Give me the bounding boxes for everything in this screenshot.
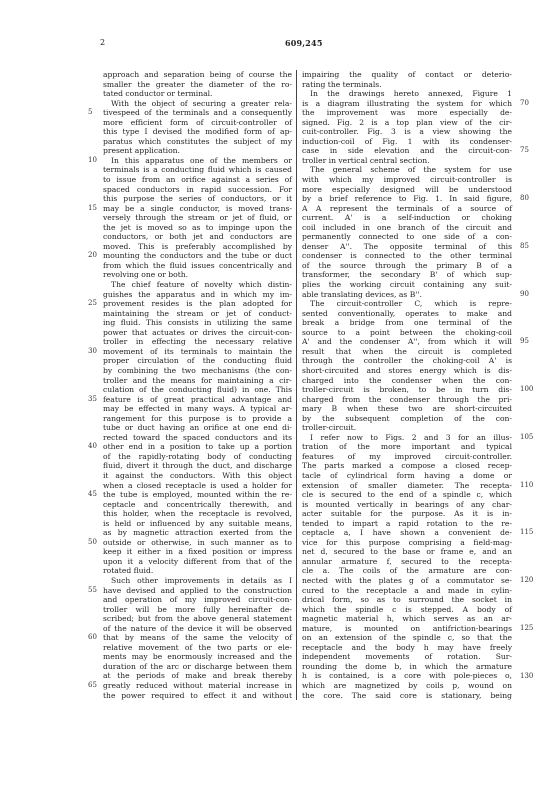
- text-line: the improvement was more especially de-: [302, 108, 512, 118]
- text-line: terminals is a conducting fluid which is…: [103, 165, 292, 175]
- patent-number: 609,245: [285, 38, 323, 48]
- text-line: ceptacle a, I have shown a convenient de…: [302, 528, 512, 538]
- text-line: by combining the two mechanisms (the con…: [103, 366, 292, 376]
- line-number: 20: [88, 251, 97, 259]
- text-line: features of my improved circuit-controll…: [302, 452, 512, 462]
- line-number: 65: [88, 681, 97, 689]
- line-number: 50: [88, 538, 97, 546]
- text-line: rangement for this purpose is to provide…: [103, 414, 292, 424]
- text-line: With the object of securing a greater re…: [103, 99, 292, 109]
- text-line: fluid, divert it through the duct, and d…: [103, 461, 292, 471]
- text-line: transformer, the secondary B' of which s…: [302, 270, 512, 280]
- text-line: vice for this purpose comprising a field…: [302, 538, 512, 548]
- column-divider: [296, 70, 297, 700]
- text-line: is held or influenced by any suitable me…: [103, 519, 292, 529]
- text-line: current. A' is a self-induction or choki…: [302, 213, 512, 223]
- text-line: troller in vertical central section.: [302, 156, 512, 166]
- text-line: to issue from an orifice against a serie…: [103, 175, 292, 185]
- text-line: the tube is employed, mounted within the…: [103, 490, 292, 500]
- text-line: scribed; but from the above general stat…: [103, 614, 292, 624]
- text-line: short-circuited and stores energy which …: [302, 366, 512, 376]
- text-line: denser A''. The opposite terminal of thi…: [302, 242, 512, 252]
- text-line: paratus which constitutes the subject of…: [103, 137, 292, 147]
- text-line: it against the conductors. With this obj…: [103, 471, 292, 481]
- text-line: cured to the receptacle a and made in cy…: [302, 586, 512, 596]
- text-line: by a brief reference to Fig. 1. In said …: [302, 194, 512, 204]
- line-number: 35: [88, 395, 97, 403]
- text-line: outside or otherwise, in such manner as …: [103, 538, 292, 548]
- line-number: 15: [88, 204, 97, 212]
- line-number: 60: [88, 633, 97, 641]
- text-line: duration of the arc or discharge between…: [103, 662, 292, 672]
- text-line: that by means of the same the velocity o…: [103, 633, 292, 643]
- text-line: cle is secured to the end of a spindle c…: [302, 490, 512, 500]
- text-line: when a closed receptacle is used a holde…: [103, 481, 292, 491]
- line-number: 40: [88, 442, 97, 450]
- text-line: troller-circuit is broken, to be in turn…: [302, 385, 512, 395]
- line-number: 130: [520, 672, 533, 680]
- text-line: with which my improved circuit-controlle…: [302, 175, 512, 185]
- text-line: of the source through the primary B of a: [302, 261, 512, 271]
- text-line: drical form, so as to surround the socke…: [302, 595, 512, 605]
- text-line: troller and the means for maintaining a …: [103, 376, 292, 386]
- text-line: may be effected in many ways. A typical …: [103, 404, 292, 414]
- line-number: 115: [520, 528, 533, 536]
- text-line: as by magnetic attraction exerted from t…: [103, 528, 292, 538]
- text-line: rected toward the spaced conductors and …: [103, 433, 292, 443]
- text-line: is mounted vertically in bearings of any…: [302, 500, 512, 510]
- text-line: ments may be enormously increased and th…: [103, 652, 292, 662]
- text-line: have devised and applied to the construc…: [103, 586, 292, 596]
- text-line: charged from the condenser through the p…: [302, 395, 512, 405]
- text-line: tube or duct having an orifice at one en…: [103, 423, 292, 433]
- line-number: 45: [88, 490, 97, 498]
- line-number: 10: [88, 156, 97, 164]
- text-line: revolving one or both.: [103, 270, 292, 280]
- line-number: 30: [88, 347, 97, 355]
- text-line: from which the fluid issues concentrical…: [103, 261, 292, 271]
- line-number: 110: [520, 481, 533, 489]
- text-line: keep it either in a fixed position or im…: [103, 547, 292, 557]
- text-line: tacle of cylindrical form having a dome …: [302, 471, 512, 481]
- text-line: mounting the conductors and the tube or …: [103, 251, 292, 261]
- text-line: may be a single conductor, is moved tran…: [103, 204, 292, 214]
- text-line: present application.: [103, 146, 292, 156]
- text-line: receptacle and the body h may have freel…: [302, 643, 512, 653]
- text-line: provement resides is the plan adopted fo…: [103, 299, 292, 309]
- text-line: more efficient form of circuit-controlle…: [103, 118, 292, 128]
- text-line: maintaining the stream or jet of conduct…: [103, 309, 292, 319]
- text-line: tivespeed of the terminals and a consequ…: [103, 108, 292, 118]
- text-line: The parts marked a compose a closed rece…: [302, 461, 512, 471]
- text-line: Such other improvements in details as I: [103, 576, 292, 586]
- text-line: the core. The said core is stationary, b…: [302, 691, 512, 701]
- line-number: 105: [520, 433, 533, 441]
- text-line: magnetic material h, which serves as an …: [302, 614, 512, 624]
- text-line: source to a point between the choking-co…: [302, 328, 512, 338]
- text-line: sented conventionally, operates to make …: [302, 309, 512, 319]
- text-line: independent movements of rotation. Sur-: [302, 652, 512, 662]
- text-line: of the nature of the device it will be o…: [103, 624, 292, 634]
- text-line: moved. This is preferably accomplished b…: [103, 242, 292, 252]
- text-line: more especially designed will be underst…: [302, 185, 512, 195]
- text-line: condenser is connected to the other term…: [302, 251, 512, 261]
- text-line: relative movement of the two parts or el…: [103, 643, 292, 653]
- text-line: of the rapidly-rotating body of conducti…: [103, 452, 292, 462]
- text-line: through the controller the choking-coil …: [302, 356, 512, 366]
- text-line: spaced conductors in rapid succession. F…: [103, 185, 292, 195]
- text-line: versely through the stream or jet of flu…: [103, 213, 292, 223]
- page-number: 2: [100, 38, 105, 47]
- text-line: cuit-controller. Fig. 3 is a view showin…: [302, 127, 512, 137]
- text-line: tration of the more important and typica…: [302, 442, 512, 452]
- text-line: smaller the greater the diameter of the …: [103, 80, 292, 90]
- text-line: mary B when these two are short-circuite…: [302, 404, 512, 414]
- text-line: ceptacle and concentrically therewith, a…: [103, 500, 292, 510]
- line-number: 95: [520, 337, 529, 345]
- text-line: tated conductor or terminal.: [103, 89, 292, 99]
- text-line: rating the terminals.: [302, 80, 512, 90]
- line-number: 70: [520, 99, 529, 107]
- left-column: approach and separation being of course …: [103, 70, 292, 700]
- text-line: guishes the apparatus and in which my im…: [103, 290, 292, 300]
- text-line: on an extension of the spindle c, so tha…: [302, 633, 512, 643]
- text-line: conductors, or both jet and conductors a…: [103, 232, 292, 242]
- line-number: 80: [520, 194, 529, 202]
- text-line: the jet is moved so as to impinge upon t…: [103, 223, 292, 233]
- text-line: is a diagram illustrating the system for…: [302, 99, 512, 109]
- text-line: charged into the condenser when the con-: [302, 376, 512, 386]
- text-line: power that actuates or drives the circui…: [103, 328, 292, 338]
- text-line: approach and separation being of course …: [103, 70, 292, 80]
- text-line: coil included in one branch of the circu…: [302, 223, 512, 233]
- line-number: 125: [520, 624, 533, 632]
- text-line: and operation of my improved circuit-con…: [103, 595, 292, 605]
- text-line: this type I devised the modified form of…: [103, 127, 292, 137]
- text-line: extension of smaller diameter. The recep…: [302, 481, 512, 491]
- text-line: net d, secured to the base or frame e, a…: [302, 547, 512, 557]
- text-line: the power required to effect it and with…: [103, 691, 292, 701]
- text-line: acter suitable for the purpose. As it is…: [302, 509, 512, 519]
- text-line: greatly reduced without material increas…: [103, 681, 292, 691]
- text-line: other end in a position to take up a por…: [103, 442, 292, 452]
- text-line: The general scheme of the system for use: [302, 165, 512, 175]
- text-line: able translating devices, as B''.: [302, 290, 512, 300]
- text-line: nected with the plates g of a commutator…: [302, 576, 512, 586]
- text-line: induction-coil of Fig. 1 with its conden…: [302, 137, 512, 147]
- text-line: movement of its terminals to maintain th…: [103, 347, 292, 357]
- text-line: rotated fluid.: [103, 566, 292, 576]
- text-line: signed. Fig. 2 is a top plan view of the…: [302, 118, 512, 128]
- text-line: culation of the conducting fluid) in one…: [103, 385, 292, 395]
- text-line: which the spindle c is stepped. A body o…: [302, 605, 512, 615]
- text-line: plies the working circuit containing any…: [302, 280, 512, 290]
- text-line: which are magnetized by coils p, wound o…: [302, 681, 512, 691]
- text-line: proper circulation of the conducting flu…: [103, 356, 292, 366]
- text-line: troller will be more fully hereinafter d…: [103, 605, 292, 615]
- text-line: In this apparatus one of the members or: [103, 156, 292, 166]
- text-line: by the subsequent completion of the con-: [302, 414, 512, 424]
- text-line: impairing the quality of contact or dete…: [302, 70, 512, 80]
- text-line: annular armature f, secured to the recep…: [302, 557, 512, 567]
- text-line: rounding the dome b, in which the armatu…: [302, 662, 512, 672]
- text-line: h is contained, is a core with pole-piec…: [302, 671, 512, 681]
- text-line: permanently connected to one side of a c…: [302, 232, 512, 242]
- text-line: mature, is mounted on antifriction-beari…: [302, 624, 512, 634]
- text-line: In the drawings hereto annexed, Figure 1: [302, 89, 512, 99]
- line-number: 75: [520, 146, 529, 154]
- text-line: A A represent the terminals of a source …: [302, 204, 512, 214]
- text-line: break a bridge from one terminal of the: [302, 318, 512, 328]
- text-line: troller-circuit.: [302, 423, 512, 433]
- text-line: upon it a velocity different from that o…: [103, 557, 292, 567]
- text-line: feature is of great practical advantage …: [103, 395, 292, 405]
- text-line: cle a. The coils of the armature are con…: [302, 566, 512, 576]
- text-line: ing fluid. This consists in utilizing th…: [103, 318, 292, 328]
- right-column: impairing the quality of contact or dete…: [302, 70, 512, 700]
- line-number: 100: [520, 385, 533, 393]
- line-number: 120: [520, 576, 533, 584]
- text-line: troller in effecting the necessary relat…: [103, 337, 292, 347]
- line-number: 85: [520, 242, 529, 250]
- text-line: A' and the condenser A'', from which it …: [302, 337, 512, 347]
- line-number: 25: [88, 299, 97, 307]
- text-line: this purpose the series of conductors, o…: [103, 194, 292, 204]
- text-line: case in side elevation and the circuit-c…: [302, 146, 512, 156]
- text-line: I refer now to Figs. 2 and 3 for an illu…: [302, 433, 512, 443]
- text-line: this holder, when the receptacle is revo…: [103, 509, 292, 519]
- text-line: at the periods of make and break thereby: [103, 671, 292, 681]
- line-number: 55: [88, 586, 97, 594]
- line-number: 90: [520, 290, 529, 298]
- text-line: result that when the circuit is complete…: [302, 347, 512, 357]
- text-line: The chief feature of novelty which disti…: [103, 280, 292, 290]
- text-line: The circuit-controller C, which is repre…: [302, 299, 512, 309]
- line-number: 5: [88, 108, 92, 116]
- text-line: tended to impart a rapid rotation to the…: [302, 519, 512, 529]
